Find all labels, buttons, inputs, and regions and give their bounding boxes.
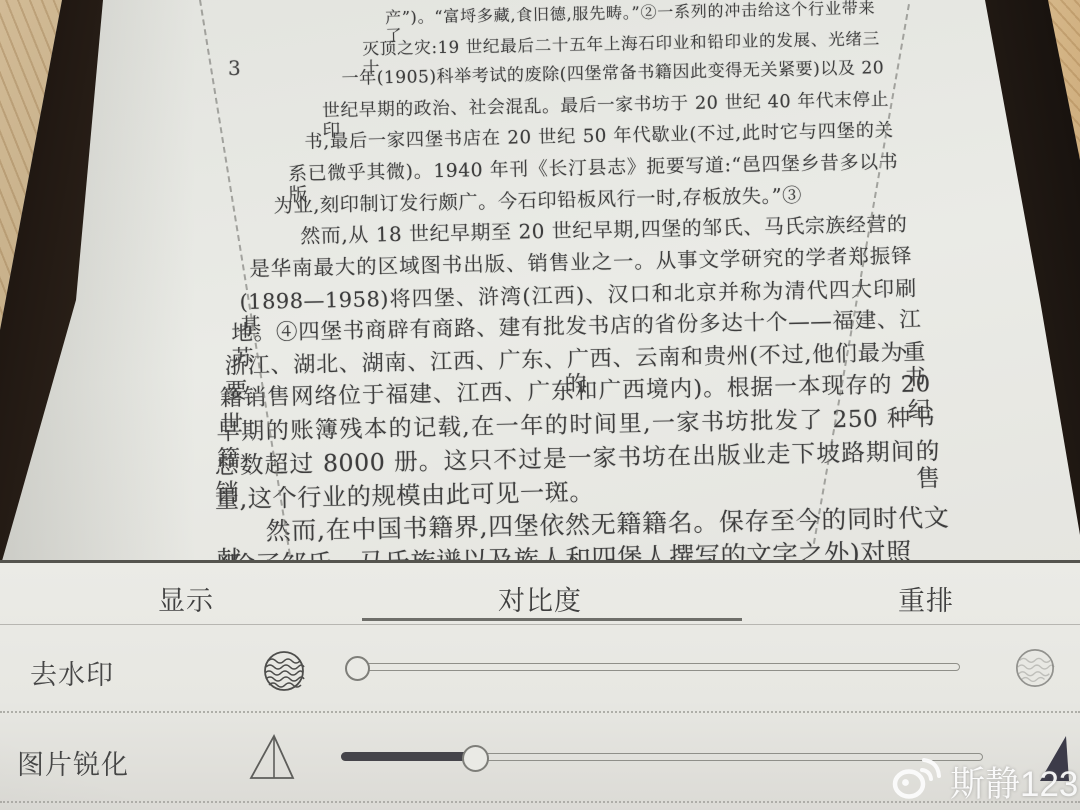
- weibo-watermark-text: 斯静123: [950, 757, 1078, 807]
- book-text-line: 然而,从 18 世纪早期至 20 世纪早期,四堡的邹氏、马氏宗族经营的: [260, 214, 907, 250]
- tab-contrast[interactable]: 对比度: [498, 579, 582, 618]
- ereader-photo: 产”)。“富埒多藏,食旧德,服先畴。”②一系列的冲击给这个行业带来了灭顶之灾:1…: [0, 0, 1080, 810]
- remove-watermark-slider-knob[interactable]: [345, 656, 370, 681]
- book-page-text: 产”)。“富埒多藏,食旧德,服先畴。”②一系列的冲击给这个行业带来了灭顶之灾:1…: [0, 0, 1080, 576]
- image-sharpen-label: 图片锐化: [17, 743, 129, 782]
- margin-note: 3: [228, 56, 241, 80]
- sharpen-triangle-outline-icon: [246, 731, 298, 788]
- book-text-line: 是华南最大的区域图书出版、销售业之一。从事文学研究的学者郑振铎: [249, 245, 912, 282]
- image-sharpen-slider-fill: [341, 752, 475, 761]
- row-divider-dotted: [0, 711, 1080, 713]
- tab-display[interactable]: 显示: [158, 579, 214, 618]
- watermark-waves-light-icon[interactable]: [1014, 647, 1056, 694]
- remove-watermark-slider[interactable]: [352, 663, 960, 671]
- remove-watermark-label: 去水印: [30, 653, 114, 692]
- tab-reflow[interactable]: 重排: [898, 579, 954, 618]
- weibo-icon: [888, 756, 944, 807]
- image-sharpen-slider-knob[interactable]: [462, 745, 489, 772]
- settings-tab-bar: 显示 对比度 重排: [0, 563, 1080, 623]
- tabbar-divider: [0, 624, 1080, 625]
- weibo-watermark: 斯静123: [888, 756, 1078, 807]
- watermark-waves-icon: [262, 649, 306, 698]
- active-tab-underline: [362, 618, 742, 621]
